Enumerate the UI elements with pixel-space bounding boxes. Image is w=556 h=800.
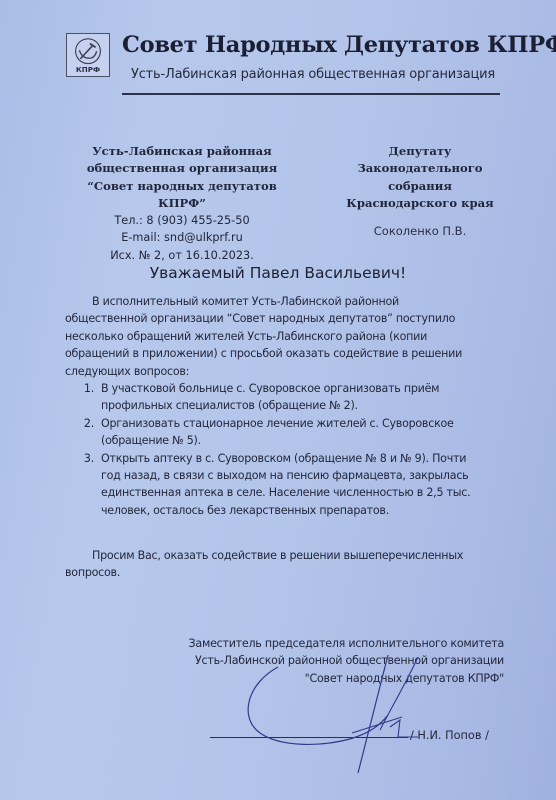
list-line: В участковой больнице с. Суворовское орг…	[101, 380, 439, 397]
recipient-line-4: Краснодарского края	[330, 195, 510, 212]
list-line: Открыть аптеку в с. Суворовском (обращен…	[101, 450, 470, 467]
signer-name: / Н.И. Попов /	[410, 729, 489, 742]
list-line: человек, осталось без лекарственных преп…	[101, 502, 470, 519]
list-line: единственная аптека в селе. Население чи…	[101, 484, 470, 501]
recipient-name: Соколенко П.В.	[330, 224, 510, 238]
signature-line	[210, 737, 408, 738]
recipient-line-3: собрания	[330, 178, 510, 195]
list-number: 3.	[65, 450, 101, 520]
org-title: Совет Народных Депутатов КПРФ	[122, 32, 556, 58]
sender-org-line-1: Усть-Лабинская районная	[66, 143, 298, 160]
signer-position-line-2: Усть-Лабинской районной общественной орг…	[140, 652, 504, 669]
list-line: год назад, в связи с выходом на пенсию ф…	[101, 467, 470, 484]
request-item-2: 2. Организовать стационарное лечение жит…	[65, 415, 505, 450]
signature-title-block: Заместитель председателя исполнительного…	[140, 635, 504, 687]
header-divider	[122, 93, 500, 95]
svg-text:КПРФ: КПРФ	[76, 65, 100, 74]
kprf-logo-icon: КПРФ	[66, 33, 110, 77]
body-line: обращений в приложении) с просьбой оказа…	[65, 345, 505, 362]
recipient-line-2: Законодательного	[330, 160, 510, 177]
recipient-line-1: Депутату	[330, 143, 510, 160]
body-line: несколько обращений жителей Усть-Лабинск…	[65, 328, 505, 345]
body-line: следующих вопросов:	[65, 363, 505, 380]
list-number: 1.	[65, 380, 101, 415]
sender-email: E-mail: snd@ulkprf.ru	[66, 229, 298, 246]
letter-page: КПРФ Совет Народных Депутатов КПРФ Усть-…	[0, 0, 556, 800]
signer-position-line-3: "Совет народных депутатов КПРФ"	[140, 670, 504, 687]
recipient-block: Депутату Законодательного собрания Красн…	[330, 143, 510, 212]
closing-line: Просим Вас, оказать содействие в решении…	[65, 547, 505, 564]
closing-line: вопросов.	[65, 564, 505, 581]
list-line: (обращение № 5).	[101, 432, 454, 449]
closing-paragraph: Просим Вас, оказать содействие в решении…	[65, 547, 505, 582]
sender-block: Усть-Лабинская районная общественная орг…	[66, 143, 298, 264]
signer-position-line-1: Заместитель председателя исполнительного…	[140, 635, 504, 652]
list-number: 2.	[65, 415, 101, 450]
list-line: Организовать стационарное лечение жителе…	[101, 415, 454, 432]
list-line: профильных специалистов (обращение № 2).	[101, 397, 439, 414]
request-item-3: 3. Открыть аптеку в с. Суворовском (обра…	[65, 450, 505, 520]
salutation: Уважаемый Павел Васильевич!	[0, 264, 556, 282]
body-line: В исполнительный комитет Усть-Лабинской …	[65, 293, 505, 310]
outgoing-reference: Исх. № 2, от 16.10.2023.	[66, 247, 298, 264]
letter-body: В исполнительный комитет Усть-Лабинской …	[65, 293, 505, 519]
sender-org-line-2: общественная организация	[66, 160, 298, 177]
org-subtitle: Усть-Лабинская районная общественная орг…	[131, 67, 495, 82]
request-item-1: 1. В участковой больнице с. Суворовское …	[65, 380, 505, 415]
body-line: общественной организации “Совет народных…	[65, 310, 505, 327]
sender-phone: Тел.: 8 (903) 455-25-50	[66, 212, 298, 229]
sender-org-line-3: “Совет народных депутатов КПРФ”	[66, 178, 298, 213]
